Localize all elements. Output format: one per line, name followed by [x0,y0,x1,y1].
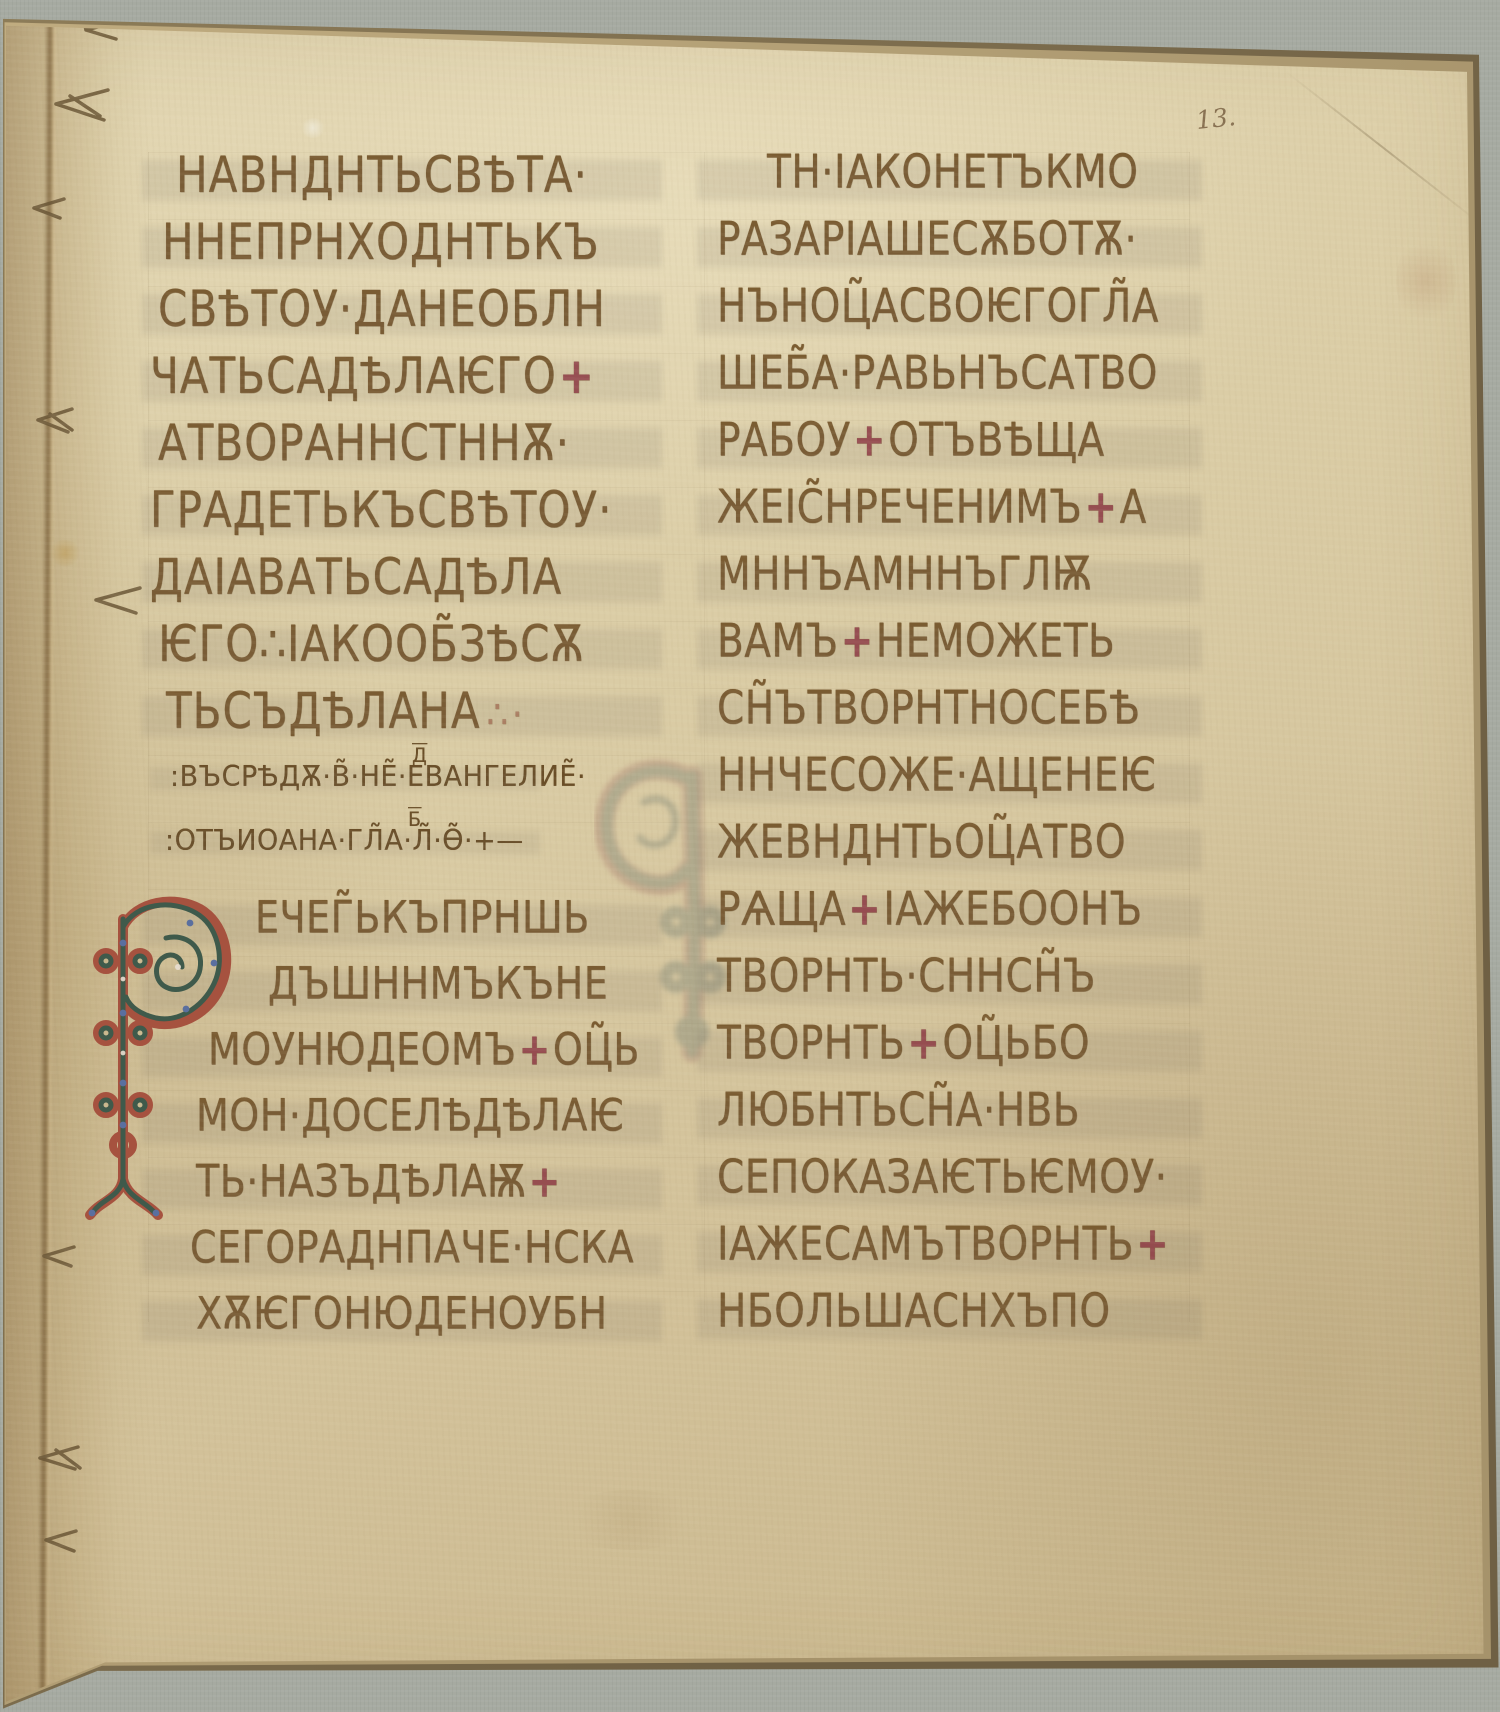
gutter-shading [0,20,150,1712]
binding-seam [37,26,56,1702]
rubric-superscript: Б [408,808,422,831]
folio-number: 13. [1195,102,1238,135]
red-cross: + [1082,481,1119,534]
right-column: ТН·ІАКОНЕТЪКМОРАЗАРІАШЕСѪБОТѪ·НЪНОЦ̃АСВО… [705,146,1200,1352]
left-column: НАВНДНТЬСВѢТА·ННЕПРНХОДНТЬКЪСВѢТОУ·ДАНЕО… [150,146,660,1353]
parchment-page: 13. НАВНДНТЬСВѢТА·ННЕПРНХОДНТ [0,0,1500,1712]
line-end-ornament: ∴· [481,691,527,737]
red-cross: + [905,1017,942,1070]
text-line: ХѪѤГОНЮДЕНОУБН [150,1287,660,1365]
red-cross: + [1134,1218,1171,1271]
rubric-line: Д:ВЪСРѢДѪ·В̃·НЕ̃·ЕВАНГЕЛИЕ̃· [150,761,660,828]
left-column-upper-block: НАВНДНТЬСВѢТА·ННЕПРНХОДНТЬКЪСВѢТОУ·ДАНЕО… [150,146,660,749]
photograph-scene: 13. НАВНДНТЬСВѢТА·ННЕПРНХОДНТ [0,0,1500,1712]
rubric-block: Д:ВЪСРѢДѪ·В̃·НЕ̃·ЕВАНГЕЛИЕ̃·Б:ОТЪИОАНА·Г… [150,761,660,889]
red-cross: + [516,1023,552,1075]
text-line: НБОЛЬШАСНХЪПО [705,1285,1200,1364]
red-cross: + [839,615,876,668]
stain [300,118,326,138]
illuminated-initial-r [66,883,236,1233]
corner-crease [1284,70,1482,225]
stain [560,1490,700,1550]
left-column-body-block: ЕЧЕГ̃ЬКЪПРНШЬДЪШННМЪКЪНЕМОУНЮДЕОМЪ+ОЦ̃ЬМ… [150,891,660,1353]
red-cross: + [846,883,883,936]
rubric-superscript: Д [412,744,427,767]
stain [1396,236,1456,326]
red-cross: + [526,1155,562,1207]
text-line: ТЬСЪДѢЛАНА∴· [150,682,660,761]
red-cross: + [557,347,597,405]
red-cross: + [851,414,888,467]
